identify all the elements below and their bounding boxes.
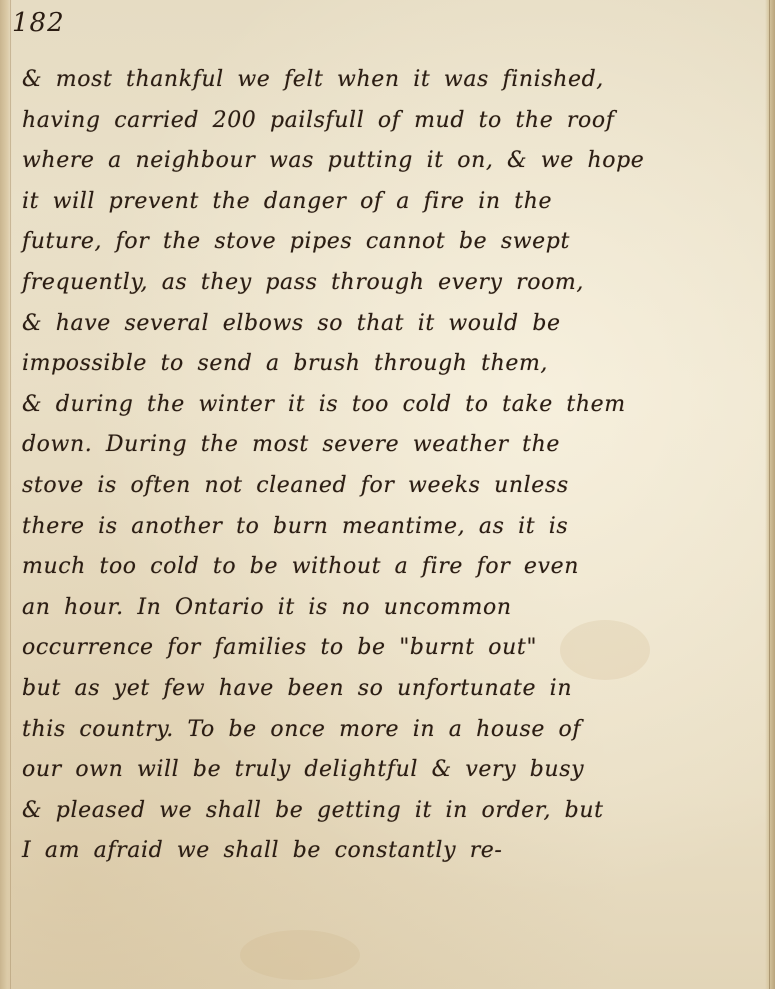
text-line: our own will be truly delightful & very …	[22, 750, 762, 791]
text-line: having carried 200 pailsfull of mud to t…	[22, 101, 762, 142]
page-right-edge	[765, 0, 775, 989]
text-line: & during the winter it is too cold to ta…	[22, 385, 762, 426]
text-line: & most thankful we felt when it was fini…	[22, 60, 762, 101]
text-line: frequently, as they pass through every r…	[22, 263, 762, 304]
text-line: occurrence for families to be "burnt out…	[22, 628, 762, 669]
text-line: there is another to burn meantime, as it…	[22, 507, 762, 548]
text-line: & have several elbows so that it would b…	[22, 304, 762, 345]
page-number: 182	[12, 8, 65, 38]
text-line: down. During the most severe weather the	[22, 425, 762, 466]
text-line: I am afraid we shall be constantly re-	[22, 831, 762, 872]
page-right-edge-line	[769, 0, 770, 989]
text-line: it will prevent the danger of a fire in …	[22, 182, 762, 223]
text-line: where a neighbour was putting it on, & w…	[22, 141, 762, 182]
text-line: impossible to send a brush through them,	[22, 344, 762, 385]
paper-stain	[240, 930, 360, 980]
text-line: & pleased we shall be getting it in orde…	[22, 791, 762, 832]
text-line: stove is often not cleaned for weeks unl…	[22, 466, 762, 507]
text-line: but as yet few have been so unfortunate …	[22, 669, 762, 710]
binding-edge-line	[10, 0, 11, 989]
handwritten-text-body: & most thankful we felt when it was fini…	[22, 60, 762, 872]
text-line: an hour. In Ontario it is no uncommon	[22, 588, 762, 629]
text-line: this country. To be once more in a house…	[22, 710, 762, 751]
text-line: much too cold to be without a fire for e…	[22, 547, 762, 588]
text-line: future, for the stove pipes cannot be sw…	[22, 222, 762, 263]
manuscript-page: 182 & most thankful we felt when it was …	[0, 0, 775, 989]
